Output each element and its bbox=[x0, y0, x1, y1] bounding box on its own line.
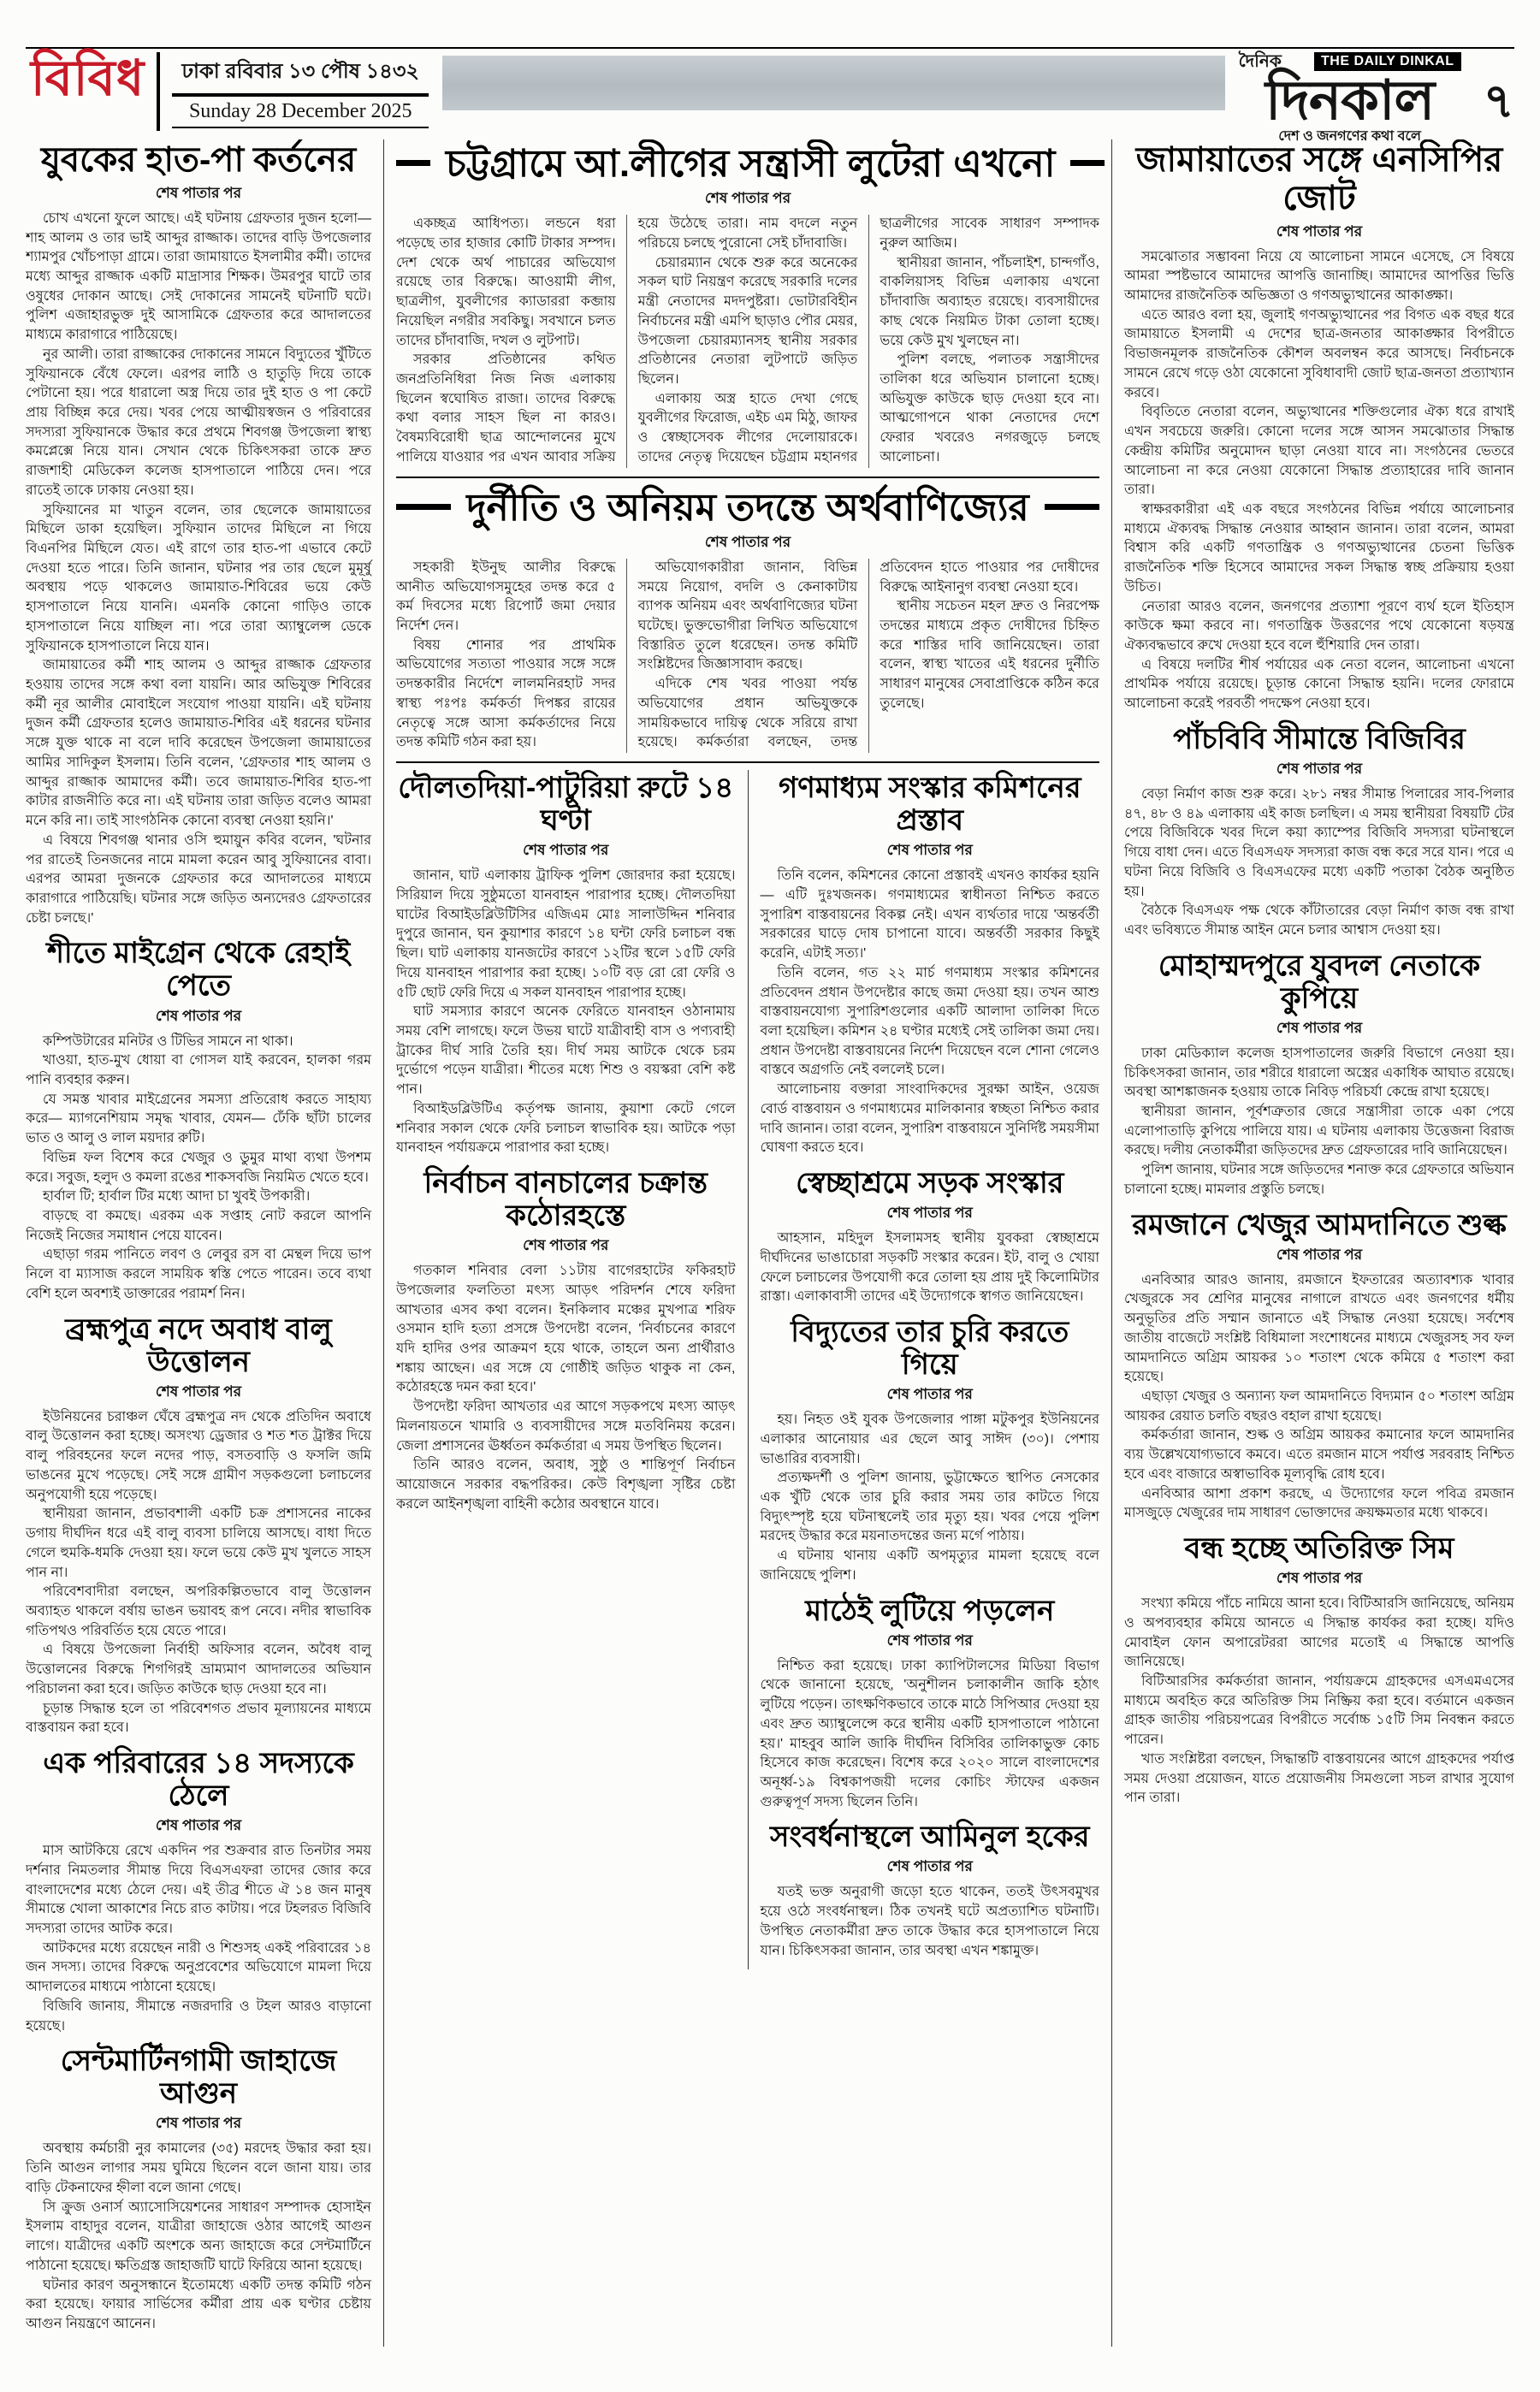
article-ship-fire: সেন্টমার্টিনগামী জাহাজে আগুন শেষ পাতার প… bbox=[26, 2045, 371, 2334]
date-block: ঢাকা রবিবার ১৩ পৌষ ১৪৩২ Sunday 28 Decemb… bbox=[172, 52, 429, 128]
article-headline: গণমাধ্যম সংস্কার কমিশনের প্রস্তাব bbox=[761, 772, 1100, 837]
continued-label: শেষ পাতার পর bbox=[761, 1856, 1100, 1880]
section-rule bbox=[396, 761, 1099, 763]
column-right: জামায়াতের সঙ্গে এনসিপির জোট শেষ পাতার প… bbox=[1112, 139, 1514, 2347]
article-headline: মোহাম্মদপুরে যুবদল নেতাকে কুপিয়ে bbox=[1124, 950, 1514, 1015]
article-headline: সংবর্ধনাস্থলে আমিনুল হকের bbox=[761, 1821, 1100, 1853]
article-jamaat-ncp-alliance: জামায়াতের সঙ্গে এনসিপির জোট শেষ পাতার প… bbox=[1124, 141, 1514, 714]
article-aminul-haque-reception: সংবর্ধনাস্থলে আমিনুল হকের শেষ পাতার পর য… bbox=[761, 1821, 1100, 1961]
article-body: তিনি বলেন, কমিশনের কোনো প্রস্তাবই এখনও ক… bbox=[761, 867, 1100, 1158]
header-divider bbox=[157, 52, 160, 131]
section-title: বিবিধ bbox=[26, 52, 157, 104]
article-headline: বিদ্যুতের তার চুরি করতে গিয়ে bbox=[761, 1316, 1100, 1381]
article-headline: নির্বাচন বানচালের চক্রান্ত কঠোরহস্তে bbox=[396, 1167, 736, 1232]
article-body: চোখ এখনো ফুলে আছে। এই ঘটনায় গ্রেফতার দু… bbox=[26, 210, 371, 929]
article-headline: চট্টগ্রামে আ.লীগের সন্ত্রাসী লুটেরা এখনো bbox=[446, 143, 1055, 185]
header-gray-bar bbox=[442, 56, 1224, 110]
column-middle: চট্টগ্রামে আ.লীগের সন্ত্রাসী লুটেরা এখনো… bbox=[383, 139, 1112, 2347]
continued-label: শেষ পাতার পর bbox=[396, 839, 736, 863]
article-winter-migraine: শীতে মাইগ্রেন থেকে রেহাই পেতে শেষ পাতার … bbox=[26, 937, 371, 1304]
article-election-sabotage: নির্বাচন বানচালের চক্রান্ত কঠোরহস্তে শেষ… bbox=[396, 1167, 736, 1515]
continued-label: শেষ পাতার পর bbox=[1124, 758, 1514, 782]
article-body: হয়। নিহত ওই যুবক উপজেলার পাঙ্গা মটুকপুর… bbox=[761, 1411, 1100, 1585]
article-dates-import-duty: রমজানে খেজুর আমদানিতে শুল্ক শেষ পাতার পর… bbox=[1124, 1209, 1514, 1524]
article-body: জানান, ঘাট এলাকায় ট্রাফিক পুলিশ জোরদার … bbox=[396, 867, 736, 1158]
article-headline: দুর্নীতি ও অনিয়ম তদন্তে অর্থবাণিজ্যের bbox=[466, 487, 1028, 529]
article-media-reform-commission: গণমাধ্যম সংস্কার কমিশনের প্রস্তাব শেষ পা… bbox=[761, 772, 1100, 1158]
logo-wordmark: দিনকাল bbox=[1239, 73, 1461, 127]
article-headline: জামায়াতের সঙ্গে এনসিপির জোট bbox=[1124, 141, 1514, 218]
continued-label: শেষ পাতার পর bbox=[1124, 221, 1514, 245]
continued-label: শেষ পাতার পর bbox=[26, 1815, 371, 1838]
date-english: Sunday 28 December 2025 bbox=[172, 97, 429, 128]
article-headline: বন্ধ হচ্ছে অতিরিক্ত সিম bbox=[1124, 1532, 1514, 1565]
spanning-headline-rule: দুর্নীতি ও অনিয়ম তদন্তে অর্থবাণিজ্যের bbox=[396, 485, 1099, 529]
continued-label: শেষ পাতার পর bbox=[1124, 1244, 1514, 1268]
continued-label: শেষ পাতার পর bbox=[396, 1234, 736, 1258]
article-corruption-probe: দুর্নীতি ও অনিয়ম তদন্তে অর্থবাণিজ্যের শ… bbox=[396, 485, 1099, 753]
article-headline: দৌলতদিয়া-পাটুরিয়া রুটে ১৪ ঘণ্টা bbox=[396, 772, 736, 837]
article-ferry-route-closed: দৌলতদিয়া-পাটুরিয়া রুটে ১৪ ঘণ্টা শেষ পা… bbox=[396, 772, 736, 1158]
middle-subcolumn-right: গণমাধ্যম সংস্কার কমিশনের প্রস্তাব শেষ পা… bbox=[748, 770, 1100, 1969]
continued-label: শেষ পাতার পর bbox=[26, 1381, 371, 1405]
article-headline: এক পরিবারের ১৪ সদস্যকে ঠেলে bbox=[26, 1747, 371, 1812]
article-body: মাস আটকিয়ে রেখে একদিন পর শুক্রবার রাত ত… bbox=[26, 1842, 371, 2036]
middle-subcolumn-left: দৌলতদিয়া-পাটুরিয়া রুটে ১৪ ঘণ্টা শেষ পা… bbox=[396, 770, 736, 1969]
article-body: নিশ্চিত করা হয়েছে। ঢাকা ক্যাপিটালসের মি… bbox=[761, 1657, 1100, 1813]
article-jubodal-leader-attacked: মোহাম্মদপুরে যুবদল নেতাকে কুপিয়ে শেষ পা… bbox=[1124, 950, 1514, 1200]
article-body: কম্পিউটারের মনিটর ও টিভির সামনে না থাকা।… bbox=[26, 1033, 371, 1305]
middle-split: দৌলতদিয়া-পাটুরিয়া রুটে ১৪ ঘণ্টা শেষ পা… bbox=[396, 770, 1099, 1969]
continued-label: শেষ পাতার পর bbox=[26, 1005, 371, 1029]
article-headline: মাঠেই লুটিয়ে পড়লেন bbox=[761, 1595, 1100, 1627]
article-headline: শীতে মাইগ্রেন থেকে রেহাই পেতে bbox=[26, 937, 371, 1002]
spanning-headline-rule: চট্টগ্রামে আ.লীগের সন্ত্রাসী লুটেরা এখনো bbox=[396, 141, 1099, 185]
continued-label: শেষ পাতার পর bbox=[761, 1383, 1100, 1407]
article-body: ইউনিয়নের চরাঞ্চল ঘেঁষে ব্রহ্মপুত্র নদ থ… bbox=[26, 1408, 371, 1738]
article-body: বেড়া নির্মাণ কাজ শুরু করে। ২৮১ নম্বর সী… bbox=[1124, 785, 1514, 941]
article-headline: ব্রহ্মপুত্র নদে অবাধ বালু উত্তোলন bbox=[26, 1313, 371, 1378]
article-body: অবস্থায় কর্মচারী নুর কামালের (৩৫) মরদেহ… bbox=[26, 2140, 371, 2334]
logo-daily-english: THE DAILY DINKAL bbox=[1314, 52, 1461, 71]
newspaper-logo: দৈনিক THE DAILY DINKAL দিনকাল দেশ ও জনগণ… bbox=[1239, 52, 1461, 144]
article-family-pushback: এক পরিবারের ১৪ সদস্যকে ঠেলে শেষ পাতার পর… bbox=[26, 1747, 371, 2036]
page-header: বিবিধ ঢাকা রবিবার ১৩ পৌষ ১৪৩২ Sunday 28 … bbox=[26, 47, 1514, 131]
article-body: গতকাল শনিবার বেলা ১১টায় বাগেরহাটের ফকির… bbox=[396, 1262, 736, 1514]
column-left: যুবকের হাত-পা কর্তনের শেষ পাতার পর চোখ এ… bbox=[26, 139, 383, 2347]
continued-label: শেষ পাতার পর bbox=[1124, 1567, 1514, 1591]
article-electric-wire-theft: বিদ্যুতের তার চুরি করতে গিয়ে শেষ পাতার … bbox=[761, 1316, 1100, 1586]
continued-label: শেষ পাতার পর bbox=[761, 1202, 1100, 1226]
article-headline: যুবকের হাত-পা কর্তনের bbox=[26, 141, 371, 180]
article-panchbibi-border-bgb: পাঁচবিবি সীমান্তে বিজিবির শেষ পাতার পর ব… bbox=[1124, 723, 1514, 941]
article-chattogram-awami-league: চট্টগ্রামে আ.লীগের সন্ত্রাসী লুটেরা এখনো… bbox=[396, 141, 1099, 468]
article-body: এনবিআর আরও জানায়, রমজানে ইফতারের অত্যাব… bbox=[1124, 1271, 1514, 1524]
article-headline: সেন্টমার্টিনগামী জাহাজে আগুন bbox=[26, 2045, 371, 2110]
article-body: আহসান, মহিদুল ইসলামসহ স্থানীয় যুবকরা স্… bbox=[761, 1229, 1100, 1307]
article-brahmaputra-sand: ব্রহ্মপুত্র নদে অবাধ বালু উত্তোলন শেষ পা… bbox=[26, 1313, 371, 1738]
article-body: একচ্ছত্র আধিপত্য। লন্ডনে ধরা পড়েছে তার … bbox=[396, 215, 1099, 467]
date-bengali: ঢাকা রবিবার ১৩ পৌষ ১৪৩২ bbox=[172, 54, 429, 97]
newspaper-page: বিবিধ ঢাকা রবিবার ১৩ পৌষ ১৪৩২ Sunday 28 … bbox=[0, 0, 1540, 2392]
article-headline: স্বেচ্ছাশ্রমে সড়ক সংস্কার bbox=[761, 1167, 1100, 1199]
section-rule bbox=[396, 477, 1099, 478]
continued-label: শেষ পাতার পর bbox=[396, 187, 1099, 211]
article-body: সহকারী ইউনুছ আলীর বিরুদ্ধে আনীত অভিযোগসম… bbox=[396, 559, 1099, 753]
article-body: সংখ্যা কমিয়ে পাঁচে নামিয়ে আনা হবে। বিট… bbox=[1124, 1595, 1514, 1809]
article-collapsed-on-field: মাঠেই লুটিয়ে পড়লেন শেষ পাতার পর নিশ্চি… bbox=[761, 1595, 1100, 1813]
article-body: যতই ভক্ত অনুরাগী জড়ো হতে থাকেন, ততই উৎস… bbox=[761, 1883, 1100, 1961]
continued-label: শেষ পাতার পর bbox=[26, 182, 371, 206]
article-volunteer-road-repair: স্বেচ্ছাশ্রমে সড়ক সংস্কার শেষ পাতার পর … bbox=[761, 1167, 1100, 1307]
article-headline: রমজানে খেজুর আমদানিতে শুল্ক bbox=[1124, 1209, 1514, 1241]
continued-label: শেষ পাতার পর bbox=[1124, 1017, 1514, 1041]
article-body: ঢাকা মেডিক্যাল কলেজ হাসপাতালের জরুরি বিভ… bbox=[1124, 1045, 1514, 1200]
article-headline: পাঁচবিবি সীমান্তে বিজিবির bbox=[1124, 723, 1514, 755]
article-extra-sim-shutdown: বন্ধ হচ্ছে অতিরিক্ত সিম শেষ পাতার পর সংখ… bbox=[1124, 1532, 1514, 1809]
page-content: যুবকের হাত-পা কর্তনের শেষ পাতার পর চোখ এ… bbox=[26, 139, 1514, 2347]
continued-label: শেষ পাতার পর bbox=[26, 2112, 371, 2136]
article-youth-limbs-severed: যুবকের হাত-পা কর্তনের শেষ পাতার পর চোখ এ… bbox=[26, 141, 371, 928]
logo-daily-bengali: দৈনিক bbox=[1239, 53, 1282, 70]
continued-label: শেষ পাতার পর bbox=[761, 839, 1100, 863]
continued-label: শেষ পাতার পর bbox=[761, 1630, 1100, 1654]
article-body: সমঝোতার সম্ভাবনা নিয়ে যে আলোচনা সামনে এ… bbox=[1124, 248, 1514, 714]
continued-label: শেষ পাতার পর bbox=[396, 531, 1099, 555]
page-number: ৭ bbox=[1461, 52, 1514, 145]
